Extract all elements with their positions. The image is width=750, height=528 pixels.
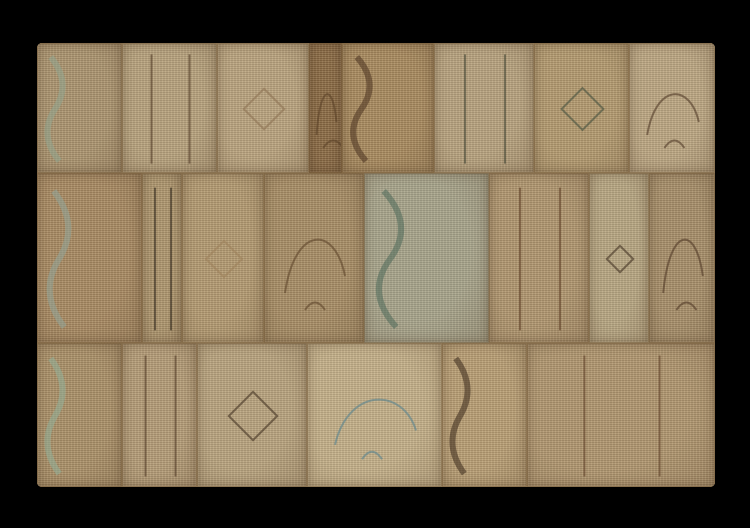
rug-patch (37, 343, 122, 487)
rug-motif-icon (265, 174, 364, 343)
rug-patch (489, 173, 589, 343)
rug-patch (122, 343, 197, 487)
rug-patch (142, 173, 182, 343)
rug-motif-icon (443, 344, 527, 487)
rug-patch (37, 43, 122, 173)
rug-motif-icon (365, 174, 489, 343)
rug-motif-icon (310, 44, 342, 173)
rug-motif-icon (123, 44, 217, 173)
rug-motif-icon (490, 174, 589, 343)
rug-motif-icon (630, 44, 715, 173)
rug-patch (534, 43, 629, 173)
rug-patch (122, 43, 217, 173)
rug-patch (307, 343, 442, 487)
rug-patch (364, 173, 489, 343)
rug-motif-icon (343, 44, 434, 173)
rug-motif-icon (198, 344, 307, 487)
rug-patch (342, 43, 434, 173)
rug-motif-icon (528, 344, 715, 487)
rug-patch (217, 43, 309, 173)
rug-motif-icon (183, 174, 264, 343)
rug-patch (309, 43, 342, 173)
patchwork-rug (37, 43, 715, 487)
rug-patch (527, 343, 715, 487)
rug-motif-icon (38, 344, 122, 487)
rug-motif-icon (218, 44, 309, 173)
rug-patch (649, 173, 715, 343)
rug-patch (264, 173, 364, 343)
rug-motif-icon (143, 174, 182, 343)
rug-patch (182, 173, 264, 343)
rug-patch (442, 343, 527, 487)
rug-motif-icon (38, 174, 142, 343)
rug-motif-icon (123, 344, 197, 487)
rug-motif-icon (308, 344, 442, 487)
rug-patch (629, 43, 715, 173)
rug-patch (589, 173, 649, 343)
rug-patch (37, 173, 142, 343)
rug-patch (434, 43, 534, 173)
rug-motif-icon (38, 44, 122, 173)
rug-motif-icon (590, 174, 649, 343)
rug-motif-icon (435, 44, 534, 173)
rug-patch (197, 343, 307, 487)
rug-motif-icon (650, 174, 715, 343)
rug-motif-icon (535, 44, 629, 173)
